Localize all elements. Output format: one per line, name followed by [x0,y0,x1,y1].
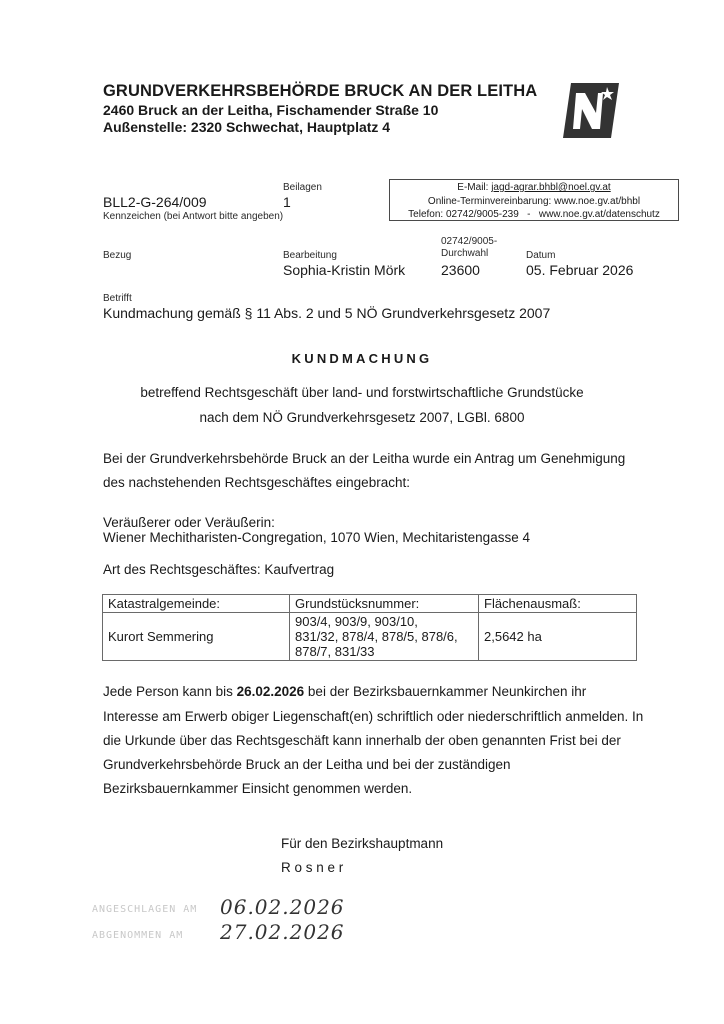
faded-stamp-1: ANGESCHLAGEN AM [92,904,197,915]
table-header-row: Katastralgemeinde: Grundstücksnummer: Fl… [103,595,637,613]
deadline-date: 26.02.2026 [237,684,305,699]
authority-title: GRUNDVERKEHRSBEHÖRDE BRUCK AN DER LEITHA [103,82,537,101]
subheading-line-1: betreffend Rechtsgeschäft über land- und… [0,385,724,400]
header-grundstuecksnummer: Grundstücksnummer: [290,595,479,613]
seller-label: Veräußerer oder Veräußerin: [103,515,275,530]
beilagen-label: Beilagen [283,182,322,193]
table-row: Kurort Semmering 903/4, 903/9, 903/10, 8… [103,613,637,661]
email-link[interactable]: jagd-agrar.bhbl@noel.gv.at [491,182,611,193]
durchwahl-prefix: 02742/9005- [441,236,497,247]
bearbeitung-value: Sophia-Kristin Mörk [283,262,405,278]
datum-label: Datum [526,250,555,261]
seller-value: Wiener Mechitharisten-Congregation, 1070… [103,530,530,545]
parcel-line: 831/32, 878/4, 878/5, 878/6, [295,629,473,644]
intro-line-1: Bei der Grundverkehrsbehörde Bruck an de… [103,451,625,466]
signature-name: R o s n e r [281,860,343,875]
noe-logo-icon [563,83,619,138]
intro-line-2: des nachstehenden Rechtsgeschäftes einge… [103,475,410,490]
signature-on-behalf: Für den Bezirkshauptmann [281,836,443,851]
beilagen-value: 1 [283,194,291,210]
cell-grundstuecksnummer: 903/4, 903/9, 903/10, 831/32, 878/4, 878… [290,613,479,661]
durchwahl-label: Durchwahl [441,248,488,259]
faded-stamp-2: ABGENOMMEN AM [92,930,183,941]
parcel-line: 903/4, 903/9, 903/10, [295,614,473,629]
bezug-label: Bezug [103,250,131,261]
handwritten-date-2: 27.02.2026 [220,920,345,944]
betrifft-label: Betrifft [103,293,132,304]
parcel-table: Katastralgemeinde: Grundstücksnummer: Fl… [102,594,637,661]
datum-value: 05. Februar 2026 [526,262,633,278]
handwritten-date-1: 06.02.2026 [220,895,345,919]
notice-text: bei der Bezirksbauernkammer Neunkirchen … [304,684,586,699]
cell-flaechenausmass: 2,5642 ha [479,613,637,661]
notice-line-3: die Urkunde über das Rechtsgeschäft kann… [103,733,621,748]
document-heading: KUNDMACHUNG [0,351,724,366]
header-flaechenausmass: Flächenausmaß: [479,595,637,613]
subject-text: Kundmachung gemäß § 11 Abs. 2 und 5 NÖ G… [103,305,550,321]
online-appointment-link[interactable]: www.noe.gv.at/bhbl [554,196,640,207]
cell-katastralgemeinde: Kurort Semmering [103,613,290,661]
subheading-line-2: nach dem NÖ Grundverkehrsgesetz 2007, LG… [0,410,724,425]
notice-line-5: Bezirksbauernkammer Einsicht genommen we… [103,781,412,796]
notice-line-1: Jede Person kann bis 26.02.2026 bei der … [103,684,586,699]
authority-branch: Außenstelle: 2320 Schwechat, Hauptplatz … [103,119,390,135]
bearbeitung-label: Bearbeitung [283,250,337,261]
privacy-link[interactable]: www.noe.gv.at/datenschutz [539,209,660,220]
kennzeichen-value: BLL2-G-264/009 [103,194,207,210]
header-katastralgemeinde: Katastralgemeinde: [103,595,290,613]
durchwahl-value: 23600 [441,262,480,278]
transaction-type: Art des Rechtsgeschäftes: Kaufvertrag [103,562,334,577]
email-label: E-Mail: [457,182,491,193]
notice-text: Jede Person kann bis [103,684,237,699]
contact-box: E-Mail: jagd-agrar.bhbl@noel.gv.at Onlin… [389,179,679,221]
authority-address: 2460 Bruck an der Leitha, Fischamender S… [103,102,438,118]
parcel-line: 878/7, 831/33 [295,644,473,659]
separator: - [527,209,530,220]
phone-number: Telefon: 02742/9005-239 [408,209,519,220]
notice-line-4: Grundverkehrsbehörde Bruck an der Leitha… [103,757,511,772]
online-appointment-label: Online-Terminvereinbarung: [428,196,554,207]
kennzeichen-label: Kennzeichen (bei Antwort bitte angeben) [103,211,283,222]
notice-line-2: Interesse am Erwerb obiger Liegenschaft(… [103,709,643,724]
